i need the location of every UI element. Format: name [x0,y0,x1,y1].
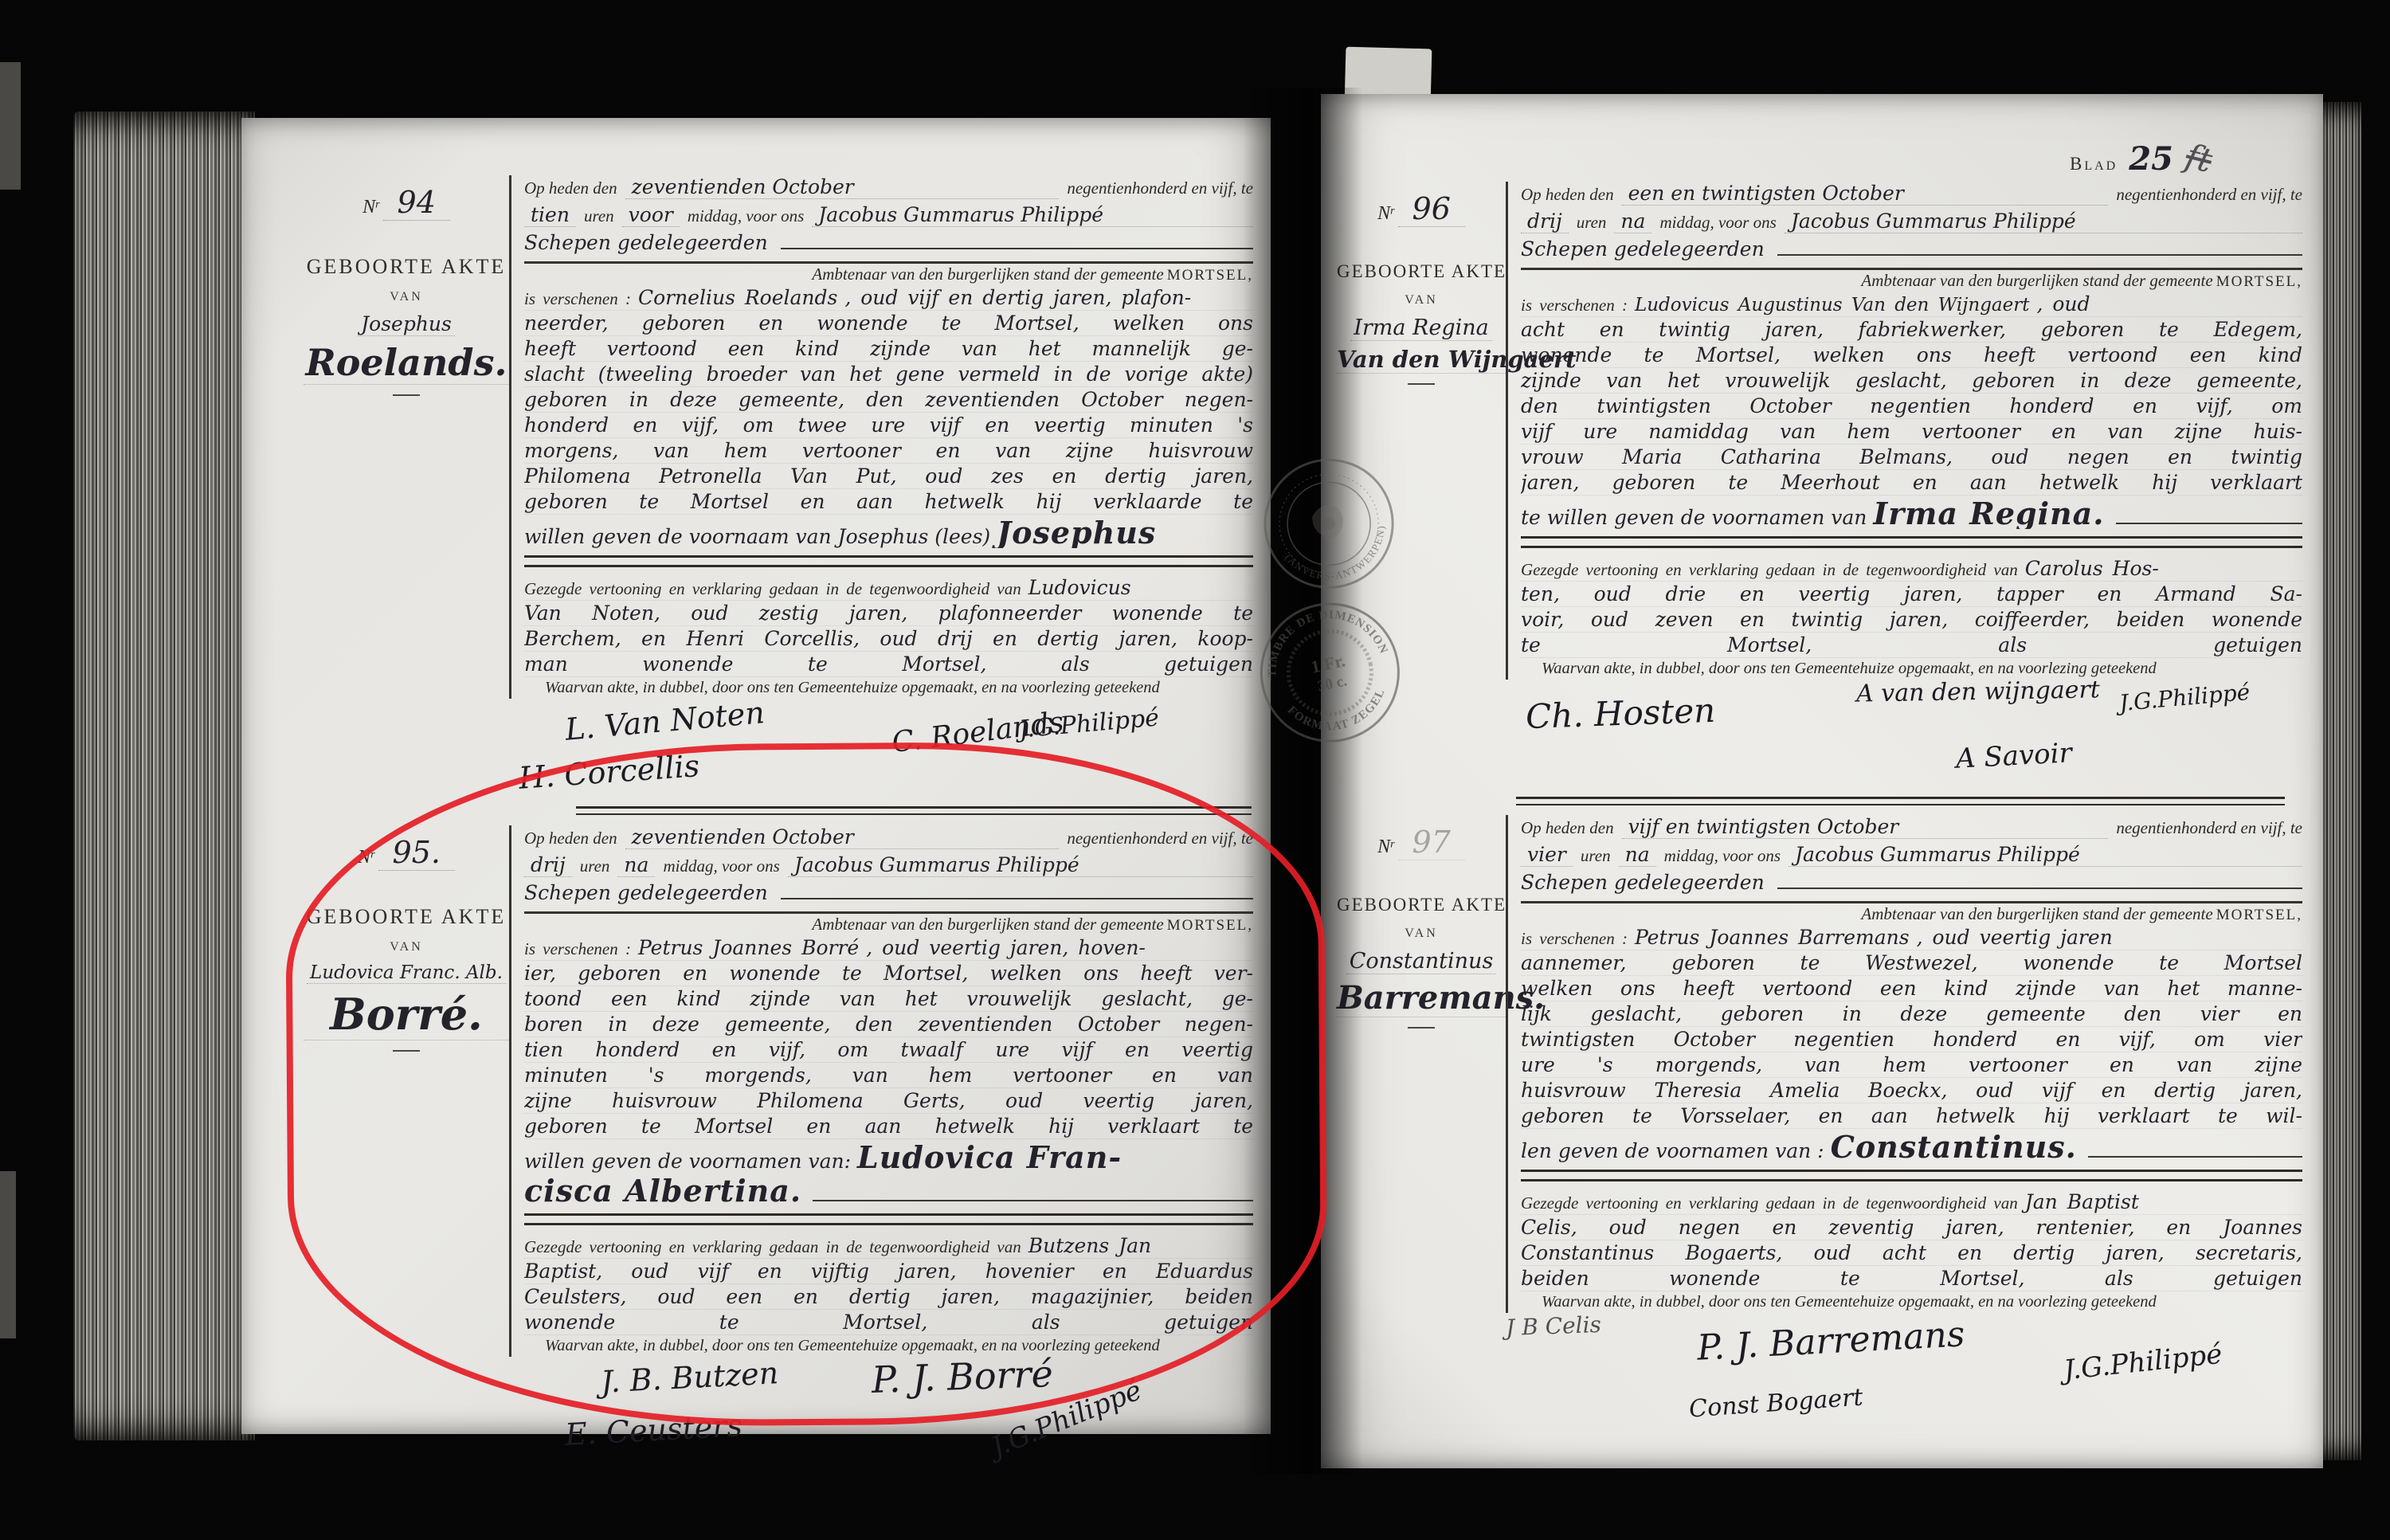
entry-97-main: Op heden den vijf en twintigsten October… [1506,815,2302,1448]
handwritten-line: heeft vertoond een kind zijnde van het m… [524,336,1253,362]
printed-city: MORTSEL, [1167,267,1253,284]
ambtenaar-line: Ambtenaar van den burgerlijken stand der… [1521,903,2302,925]
handwritten-line: tien honderd en vijf, om twaalf ure vijf… [524,1037,1253,1063]
printed-text: uren [1581,846,1611,866]
family-name-margin: Van den Wijngaert [1337,346,1506,374]
birth-act-entry-97: Nr 97 GEBOORTE AKTE VAN Constantinus Bar… [1321,815,2323,1448]
declarant-name: Cornelius Roelands [638,285,837,311]
child-name-emphasis: Josephus [997,515,1156,548]
act-number: Nr 94 [304,185,509,220]
blad-label: Blad [2070,154,2118,174]
act-number-value: 94 [383,185,450,221]
ink-flourish-line [1777,254,2302,256]
act-number-value: 97 [1398,825,1465,860]
geboorte-akte-title: GEBOORTE AKTE [1337,261,1506,282]
handwritten-line: Constantinus Bogaerts, oud acht en derti… [1521,1240,2302,1266]
handwritten-line: len geven de voornamen van : [1521,1139,1824,1162]
van-label: VAN [1337,927,1506,941]
handwritten-line: zijnde van het vrouwelijk geslacht, gebo… [1521,368,2302,394]
blad-number: 25 [2129,140,2173,178]
child-firstname-margin: Irma Regina [1350,315,1492,341]
child-firstname-margin: Constantinus [1346,949,1497,974]
handwritten-officer: Jacobus Gummarus Philippé [1785,210,2302,233]
entry-95-main: Op heden den zeventienden October negent… [509,825,1253,1468]
child-name-emphasis: cisca Albertina. [524,1173,801,1206]
printed-text: negentienhonderd en vijf, te [1067,829,1253,848]
child-name-emphasis: Irma Regina. [1873,496,2104,529]
no-label: N [362,197,375,217]
handwritten-witness: Carolus Hos- [2025,556,2302,581]
register-scan: Nr 94 GEBOORTE AKTE VAN Josephus Roeland… [0,0,2390,1540]
handwritten-line: willen geven de voornaam van Josephus (l… [524,525,990,548]
child-firstname-margin: Ludovica Franc. Alb. [307,962,506,984]
handwritten-line: jaren, geboren te Meerhout en aan hetwel… [1521,470,2302,496]
handwritten-hour: drij [524,853,572,877]
family-name-margin: Roelands. [304,341,509,385]
handwritten-line: minuten 's morgends, van hem vertooner e… [524,1063,1253,1088]
crossed-out-mark: ft [2181,136,2216,180]
act-number-value: 96 [1398,191,1465,227]
body-lines: ier, geboren en wonende te Mortsel, welk… [524,961,1253,1139]
handwritten-line: Baptist, oud vijf en vijftig jaren, hove… [524,1259,1253,1284]
margin-dash [393,394,420,396]
book-page-stack-left [73,112,255,1440]
printed-text: Gezegde vertooning en verklaring gedaan … [1521,558,2018,582]
opening-clause: Op heden den zeventienden October negent… [524,825,1253,914]
signature: Ch. Hosten [1525,691,1716,736]
witness-clause: Gezegde vertooning en verklaring gedaan … [1521,1189,2302,1291]
entry-94-main: Op heden den zeventienden October negent… [509,175,1253,804]
handwritten-line: huisvrouw Theresia Amelia Boeckx, oud vi… [1521,1078,2302,1103]
family-name-margin: Barremans. [1337,979,1506,1017]
printed-text: middag, voor ons [1664,846,1781,866]
handwritten-officer: Jacobus Gummarus Philippé [788,853,1253,877]
handwritten-line: , oud veertig jaren [1917,925,2113,950]
section-rule [1521,1170,2302,1181]
handwritten-line: vijf ure namiddag van hem vertooner en v… [1521,419,2302,445]
witness-lines: Baptist, oud vijf en vijftig jaren, hove… [524,1259,1253,1335]
printed-text: is verschenen : [1521,927,1628,950]
handwritten-witness: Butzens Jan [1028,1233,1253,1258]
printed-text: Op heden den [524,829,617,848]
signature: P. J. Barremans [1696,1314,1966,1369]
family-name-margin: Borré. [304,989,509,1040]
handwritten-hour: vier [1521,843,1573,867]
handwritten-line: , oud vijf en dertig jaren, plafon- [844,285,1191,310]
printed-text: uren [584,206,614,226]
section-rule [524,555,1253,567]
signature: J.G.Philippé [2062,1338,2223,1387]
handwritten-line: geboren in deze gemeente, den zeventiend… [524,387,1253,413]
handwritten-line: acht en twintig jaren, fabriekwerker, ge… [1521,317,2302,343]
handwritten-hour: tien [524,203,576,227]
handwritten-line: toond een kind zijnde van het vrouwelijk… [524,986,1253,1012]
ink-flourish-line [781,248,1253,249]
printed-text: negentienhonderd en vijf, te [2116,185,2302,205]
signature: A van den wijngaert [1856,676,2100,707]
signature: A Savoir [1955,737,2073,775]
handwritten-line: te willen geven de voornamen van [1521,506,1867,529]
printed-city: MORTSEL, [2216,907,2302,923]
printed-text: middag, voor ons [663,856,779,876]
handwritten-line: morgens, van hem vertooner en van zijne … [524,438,1253,464]
handwritten-line: geboren te Vorsselaer, en aan hetwelk hi… [1521,1103,2302,1129]
act-number: Nr 96 [1337,191,1506,226]
printed-text: Gezegde vertooning en verklaring gedaan … [524,577,1021,601]
handwritten-line: ure 's morgends, van hem vertooner en va… [1521,1052,2302,1078]
printed-text: is verschenen : [524,287,631,311]
handwritten-line: , oud [2036,292,2090,316]
printed-city: MORTSEL, [2216,273,2302,290]
witness-lines: ten, oud drie en veertig jaren, tapper e… [1521,582,2302,658]
opening-clause: Op heden den vijf en twintigsten October… [1521,815,2302,903]
signature: L. Van Noten [564,695,766,747]
signatures-97: J B Celis P. J. Barremans Const Bogaert … [1506,1313,2302,1448]
left-page: Nr 94 GEBOORTE AKTE VAN Josephus Roeland… [241,118,1271,1434]
act-number-value: 95. [378,835,455,871]
no-sup: r [1390,206,1394,217]
printed-text: Gezegde vertooning en verklaring gedaan … [524,1235,1021,1259]
handwritten-line: lijk geslacht, geboren in deze gemeente … [1521,1001,2302,1027]
printed-text: negentienhonderd en vijf, te [1067,178,1253,198]
handwritten-witness: Jan Baptist [2025,1189,2302,1214]
handwritten-officer: Jacobus Gummarus Philippé [1789,843,2302,867]
birth-act-entry-95: Nr 95. GEBOORTE AKTE VAN Ludovica Franc.… [241,825,1271,1468]
act-body: is verschenen : Cornelius Roelands , oud… [524,285,1253,548]
geboorte-akte-title: GEBOORTE AKTE [304,905,509,929]
geboorte-akte-title: GEBOORTE AKTE [304,255,509,279]
scan-edge-artifact [0,62,21,190]
section-rule [524,1213,1253,1225]
handwritten-date: een en twintigsten October [1622,182,2109,206]
scan-edge-artifact [0,1171,16,1338]
margin-dash [1408,383,1435,385]
handwritten-line: geboren te Mortsel en aan hetwelk hij ve… [524,489,1253,515]
handwritten-daypart: na [1619,843,1656,867]
ambtenaar-line: Ambtenaar van den burgerlijken stand der… [524,264,1253,285]
handwritten-line: Celis, oud negen en zeventig jaren, rent… [1521,1215,2302,1240]
signature: P. J. Borré [871,1352,1053,1401]
printed-text: uren [1577,213,1607,233]
no-sup: r [370,849,374,861]
signatures-96: Ch. Hosten A van den wijngaert A Savoir … [1506,680,2302,799]
body-lines: neerder, geboren en wonende te Mortsel, … [524,311,1253,515]
geboorte-akte-title: GEBOORTE AKTE [1337,895,1506,915]
handwritten-line: Van Noten, oud zestig jaren, plafonneerd… [524,601,1253,626]
ink-flourish-line [2088,1156,2302,1158]
printed-text: uren [580,856,610,876]
printed-text: Op heden den [524,178,617,198]
ink-flourish-line [813,1200,1253,1201]
book-page-stack-right [2320,102,2361,1460]
handwritten-line: wonende te Mortsel, als getuigen [524,1310,1253,1335]
right-page: Blad 25 ft Nr 96 GEBOORTE AKTE VAN Irma … [1321,94,2323,1468]
timbre-de-dimension-stamp: TIMBRE DE DIMENSION FORMAAT ZEGEL 1 Fr. … [1243,586,1418,764]
van-label: VAN [1337,293,1506,308]
handwritten-hour: drij [1521,210,1569,233]
printed-text: Gezegde vertooning en verklaring gedaan … [1521,1191,2018,1215]
printed-text: Ambtenaar van den burgerlijken stand der… [1861,904,2212,923]
declarant-name: Ludovicus Augustinus Van den Wijngaert [1635,293,2030,317]
no-label: N [358,847,370,868]
declarant-name: Petrus Joannes Barremans [1635,925,1910,950]
handwritten-line: ier, geboren en wonende te Mortsel, welk… [524,961,1253,986]
signatures-95: J. B. Butzen P. J. Borré E. Ceusters J.G… [509,1357,1253,1468]
birth-act-entry-94: Nr 94 GEBOORTE AKTE VAN Josephus Roeland… [241,175,1271,804]
ink-flourish-line [1777,888,2302,889]
handwritten-date: zeventienden October [625,825,1060,849]
ambtenaar-line: Ambtenaar van den burgerlijken stand der… [524,914,1253,935]
signature: H. Corcellis [518,748,701,796]
signature: E. Ceusters [564,1408,743,1452]
handwritten-date: zeventienden October [625,175,1060,199]
entry-divider [576,806,1252,815]
printed-text: Ambtenaar van den burgerlijken stand der… [812,265,1163,284]
opening-clause: Op heden den zeventienden October negent… [524,175,1253,264]
handwritten-line: wonende te Mortsel, welken ons heeft ver… [1521,343,2302,368]
handwritten-line: Philomena Petronella Van Put, oud zes en… [524,464,1253,489]
child-name-emphasis: Constantinus. [1831,1129,2077,1162]
section-rule [1521,536,2302,548]
van-label: VAN [304,940,509,954]
handwritten-line: willen geven de voornamen van: [524,1150,851,1173]
no-sup: r [1390,839,1394,851]
printed-text: Ambtenaar van den burgerlijken stand der… [1861,271,2212,290]
entry-94-margin: Nr 94 GEBOORTE AKTE VAN Josephus Roeland… [304,175,509,804]
signature: J B Celis [1505,1311,1601,1341]
handwritten-line: geboren te Mortsel en aan hetwelk hij ve… [524,1114,1253,1139]
no-sup: r [375,199,379,211]
handwritten-daypart: voor [622,203,680,227]
handwritten-line: zijne huisvrouw Philomena Gerts, oud vee… [524,1088,1253,1114]
handwritten-line: ten, oud drie en veertig jaren, tapper e… [1521,582,2302,607]
printed-text: is verschenen : [524,937,631,961]
handwritten-officer-title: Schepen gedelegeerden [524,881,768,904]
body-lines: aannemer, geboren te Westwezel, wonende … [1521,950,2302,1129]
closing-clause: Waarvan akte, in dubbel, door ons ten Ge… [524,677,1253,699]
handwritten-line: honderd en vijf, om twee ure vijf en vee… [524,413,1253,438]
signature: J.G.Philippé [2118,679,2251,716]
entry-divider [1516,797,2285,805]
signatures-94: L. Van Noten C. Roelands H. Corcellis J.… [509,699,1253,804]
ambtenaar-line: Ambtenaar van den burgerlijken stand der… [1521,270,2302,292]
printed-text: Ambtenaar van den burgerlijken stand der… [812,915,1163,934]
declarant-name: Petrus Joannes Borré [638,935,859,961]
no-label: N [1377,837,1390,857]
printed-city: MORTSEL, [1167,917,1253,934]
child-name-emphasis: Ludovica Fran- [857,1139,1122,1173]
child-firstname-margin: Josephus [358,312,455,336]
closing-clause: Waarvan akte, in dubbel, door ons ten Ge… [524,1335,1253,1357]
handwritten-line: Berchem, en Henri Corcellis, oud drij en… [524,626,1253,652]
birth-act-entry-96: Nr 96 GEBOORTE AKTE VAN Irma Regina Van … [1321,182,2323,799]
handwritten-line: , oud veertig jaren, hoven- [866,935,1146,960]
witness-clause: Gezegde vertooning en verklaring gedaan … [524,1233,1253,1335]
handwritten-witness: Ludovicus [1028,575,1253,600]
handwritten-line: slacht (tweeling broeder van het gene ve… [524,362,1253,387]
margin-dash [393,1050,420,1052]
no-label: N [1377,203,1390,224]
witness-lines: Van Noten, oud zestig jaren, plafonneerd… [524,601,1253,677]
act-body: is verschenen : Petrus Joannes Barremans… [1521,925,2302,1162]
entry-97-margin: Nr 97 GEBOORTE AKTE VAN Constantinus Bar… [1337,815,1506,1448]
act-body: is verschenen : Ludovicus Augustinus Van… [1521,292,2302,529]
signature: J. B. Butzen [600,1355,779,1400]
handwritten-line: neerder, geboren en wonende te Mortsel, … [524,311,1253,336]
svg-text:30 c.: 30 c. [1316,672,1348,695]
ink-flourish-line [2116,523,2303,524]
printed-text: Op heden den [1521,818,1614,838]
witness-clause: Gezegde vertooning en verklaring gedaan … [1521,556,2302,658]
witness-lines: Celis, oud negen en zeventig jaren, rent… [1521,1215,2302,1291]
printed-text: is verschenen : [1521,293,1628,317]
handwritten-officer: Jacobus Gummarus Philippé [812,203,1253,227]
van-label: VAN [304,290,509,304]
handwritten-line: den twintigsten October negentien honder… [1521,394,2302,419]
page-number-header: Blad 25 ft [2070,139,2212,178]
handwritten-line: man wonende te Mortsel, als getuigen [524,652,1253,677]
signature: Const Bogaert [1688,1383,1864,1423]
act-number: Nr 97 [1337,825,1506,860]
opening-clause: Op heden den een en twintigsten October … [1521,182,2302,270]
entry-96-main: Op heden den een en twintigsten October … [1506,182,2302,799]
margin-dash [1408,1027,1435,1029]
handwritten-line: Ceulsters, oud een en dertig jaren, maga… [524,1284,1253,1310]
handwritten-officer-title: Schepen gedelegeerden [1521,237,1765,261]
handwritten-line: voir, oud zeven en twintig jaren, coiffe… [1521,607,2302,633]
handwritten-line: welken ons heeft vertoond een kind zijnd… [1521,976,2302,1001]
handwritten-officer-title: Schepen gedelegeerden [1521,871,1765,894]
act-number: Nr 95. [304,835,509,870]
handwritten-line: aannemer, geboren te Westwezel, wonende … [1521,950,2302,976]
witness-clause: Gezegde vertooning en verklaring gedaan … [524,575,1253,677]
handwritten-line: te Mortsel, als getuigen [1521,633,2302,658]
printed-text: middag, voor ons [688,206,804,226]
handwritten-line: boren in deze gemeente, den zeventienden… [524,1012,1253,1037]
body-lines: acht en twintig jaren, fabriekwerker, ge… [1521,317,2302,496]
act-body: is verschenen : Petrus Joannes Borré , o… [524,935,1253,1206]
printed-text: Op heden den [1521,185,1614,205]
handwritten-line: twintigsten October negentien honderd en… [1521,1027,2302,1052]
handwritten-line: vrouw Maria Catharina Belmans, oud negen… [1521,445,2302,470]
entry-95-margin: Nr 95. GEBOORTE AKTE VAN Ludovica Franc.… [304,825,509,1468]
handwritten-daypart: na [617,853,655,877]
handwritten-date: vijf en twintigsten October [1622,815,2109,839]
handwritten-daypart: na [1614,210,1651,233]
printed-text: negentienhonderd en vijf, te [2116,818,2302,838]
ink-flourish-line [781,898,1253,899]
handwritten-line: beiden wonende te Mortsel, als getuigen [1521,1266,2302,1291]
printed-text: middag, voor ons [1659,213,1776,233]
closing-clause: Waarvan akte, in dubbel, door ons ten Ge… [1521,1291,2302,1313]
handwritten-officer-title: Schepen gedelegeerden [524,231,768,254]
closing-clause: Waarvan akte, in dubbel, door ons ten Ge… [1521,658,2302,680]
